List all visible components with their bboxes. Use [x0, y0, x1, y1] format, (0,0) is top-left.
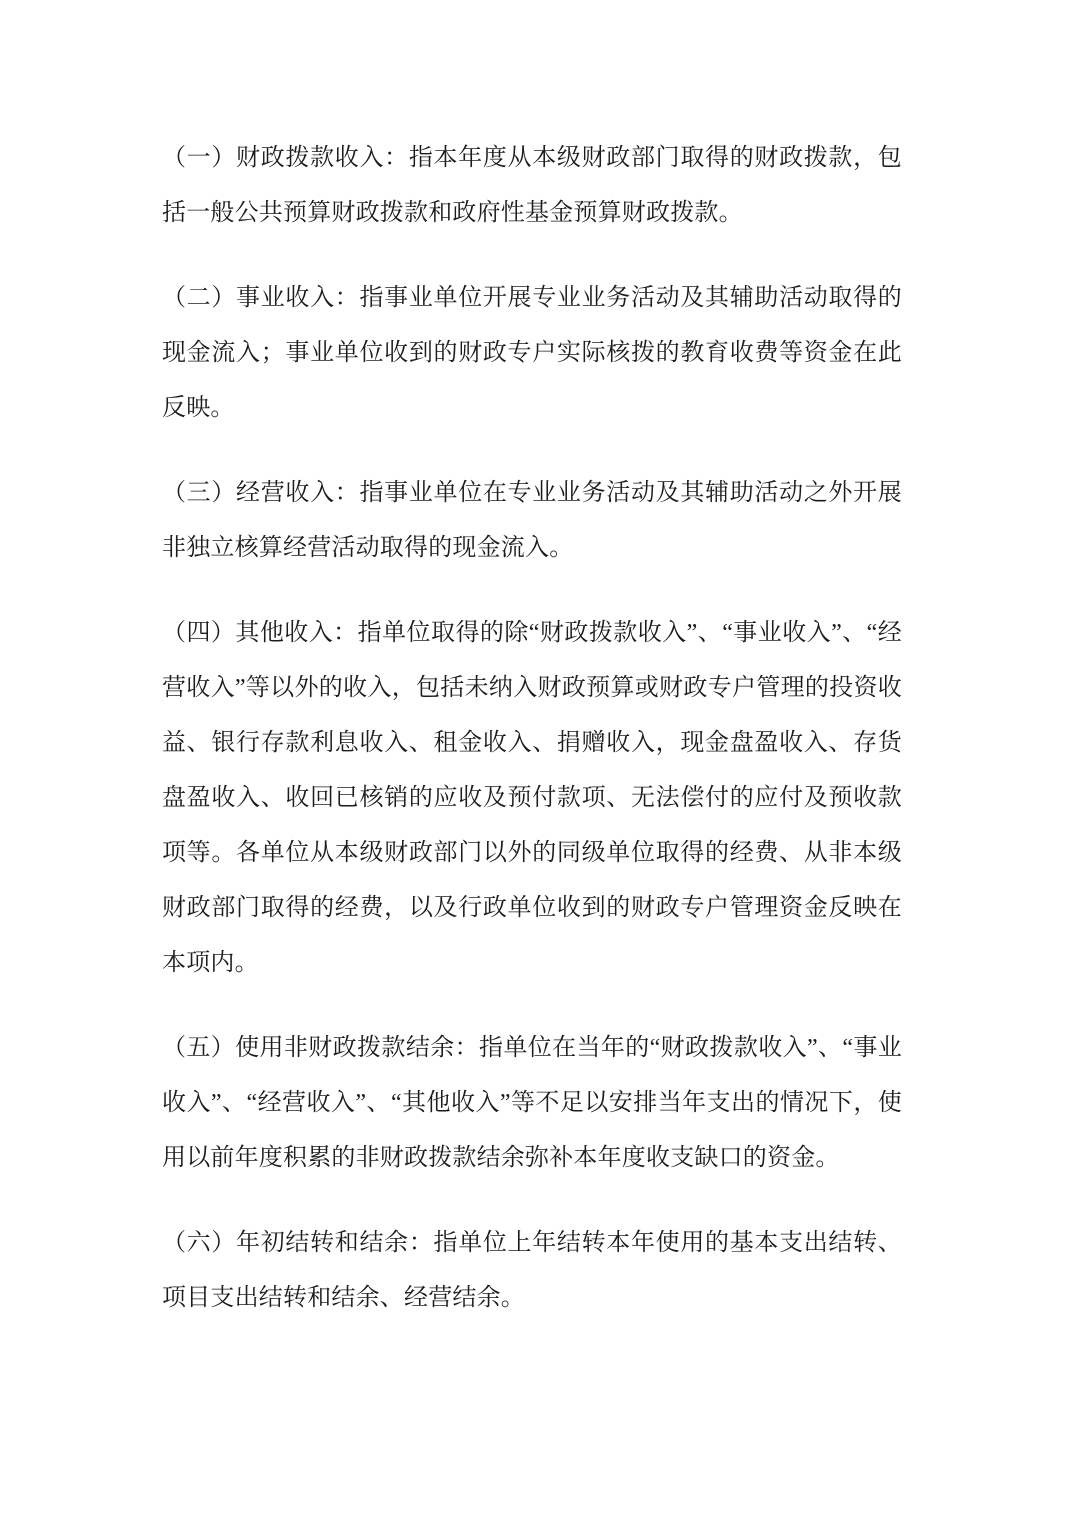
- paragraph-use-of-non-fiscal-balance: （五）使用非财政拨款结余：指单位在当年的“财政拨款收入”、“事业收入”、“经营收…: [162, 1021, 902, 1186]
- paragraph-operating-income: （三）经营收入：指事业单位在专业业务活动及其辅助活动之外开展非独立核算经营活动取…: [162, 466, 902, 576]
- paragraph-fiscal-appropriation-income: （一）财政拨款收入：指本年度从本级财政部门取得的财政拨款，包括一般公共预算财政拨…: [162, 131, 902, 241]
- paragraph-beginning-year-carryover: （六）年初结转和结余：指单位上年结转本年使用的基本支出结转、项目支出结转和结余、…: [162, 1216, 902, 1326]
- paragraph-institutional-income: （二）事业收入：指事业单位开展专业业务活动及其辅助活动取得的现金流入；事业单位收…: [162, 271, 902, 436]
- document-page: （一）财政拨款收入：指本年度从本级财政部门取得的财政拨款，包括一般公共预算财政拨…: [0, 0, 1074, 1520]
- document-body: （一）财政拨款收入：指本年度从本级财政部门取得的财政拨款，包括一般公共预算财政拨…: [162, 131, 902, 1326]
- paragraph-other-income: （四）其他收入：指单位取得的除“财政拨款收入”、“事业收入”、“经营收入”等以外…: [162, 606, 902, 991]
